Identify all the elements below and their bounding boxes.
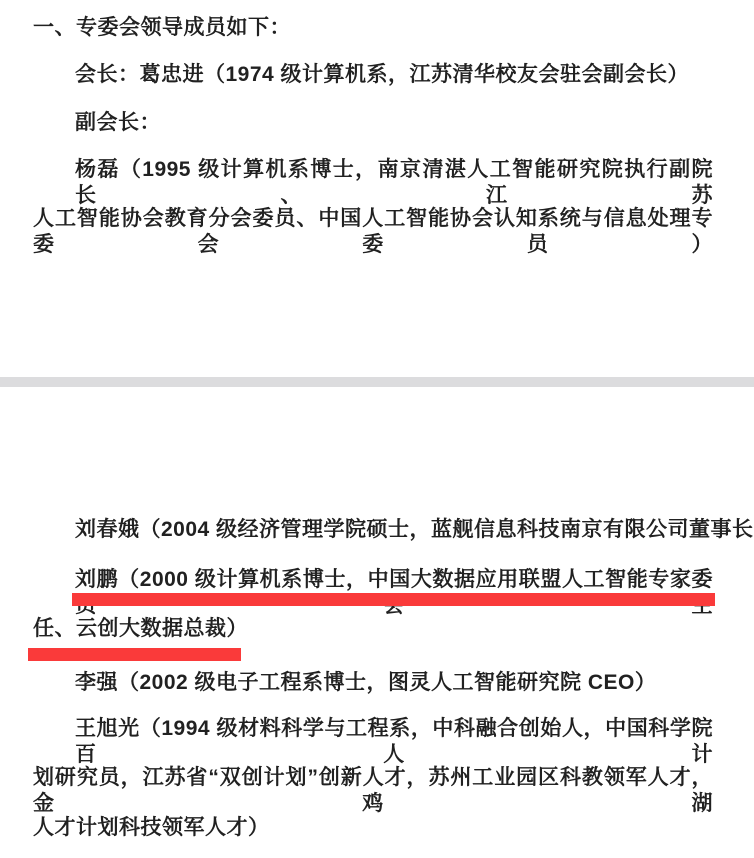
line-liqiang: 李强（2002 级电子工程系博士，图灵人工智能研究院 CEO）	[75, 670, 656, 696]
line-vice-president-label: 副会长：	[75, 110, 161, 136]
red-underline-annotation-1	[72, 593, 715, 606]
line-wangxuguang-part3: 人才计划科技领军人才）	[33, 815, 270, 841]
line-liupeng-part2: 任、云创大数据总裁）	[33, 616, 248, 642]
line-wangxuguang-part1: 王旭光（1994 级材料科学与工程系，中科融合创始人，中国科学院百人计	[75, 716, 713, 768]
document-page: 一、专委会领导成员如下： 会长：葛忠进（1974 级计算机系，江苏清华校友会驻会…	[0, 0, 754, 858]
page-break-divider	[0, 377, 754, 387]
red-underline-annotation-2	[28, 648, 241, 661]
line-section-heading: 一、专委会领导成员如下：	[33, 15, 291, 41]
line-yanglei-part2: 人工智能协会教育分会委员、中国人工智能协会认知系统与信息处理专委会委员）	[33, 206, 713, 258]
line-president: 会长：葛忠进（1974 级计算机系，江苏清华校友会驻会副会长）	[75, 62, 689, 88]
line-yanglei-part1: 杨磊（1995 级计算机系博士，南京清湛人工智能研究院执行副院长、江苏	[75, 157, 713, 209]
line-wangxuguang-part2: 划研究员，江苏省“双创计划”创新人才，苏州工业园区科教领军人才，金鸡湖	[33, 765, 713, 817]
line-liuchune: 刘春娥（2004 级经济管理学院硕士，蓝舰信息科技南京有限公司董事长）	[75, 517, 754, 543]
